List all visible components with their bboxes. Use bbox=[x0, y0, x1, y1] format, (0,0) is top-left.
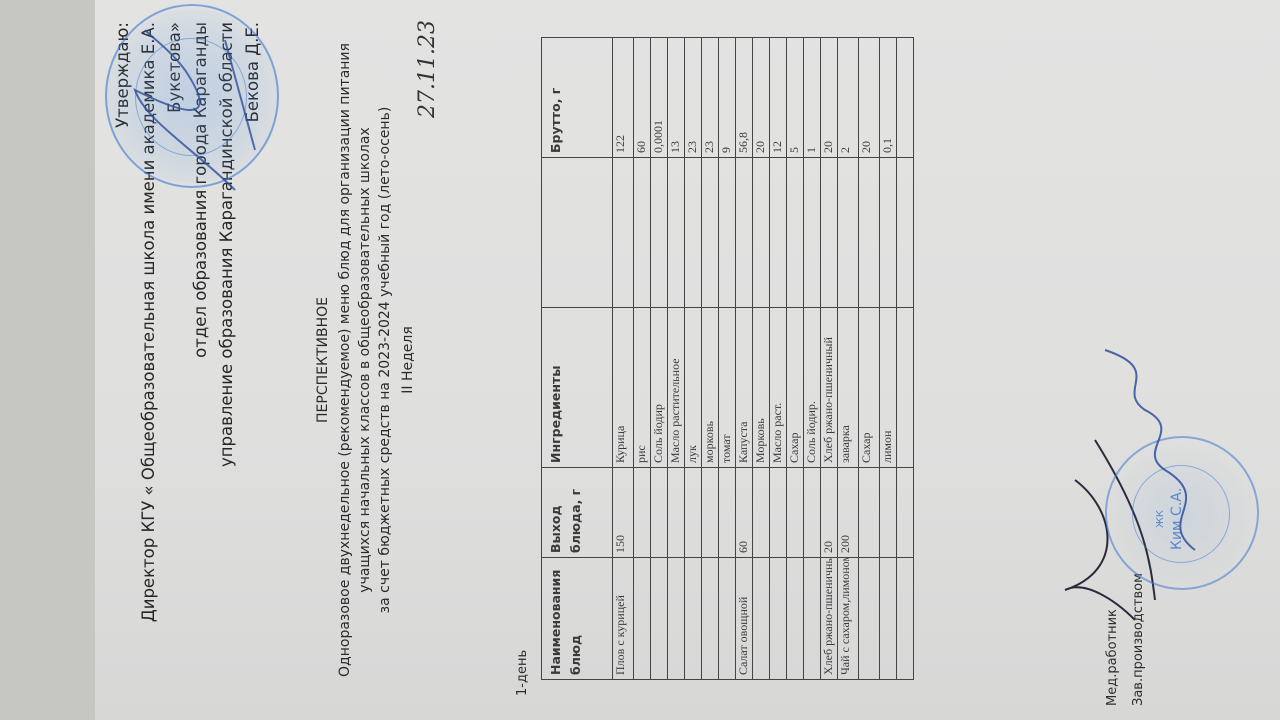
table-row: Морковь20 bbox=[753, 38, 770, 680]
cell-yield bbox=[787, 468, 804, 558]
cell-yield: 150 bbox=[613, 468, 634, 558]
cell-ingredient: Соль йодир. bbox=[804, 308, 821, 468]
cell-gross: 5 bbox=[787, 38, 804, 158]
cell-gross: 1 bbox=[804, 38, 821, 158]
cell-dish bbox=[634, 558, 651, 680]
document-title-line3: за счет бюджетных средств на 2023-2024 у… bbox=[377, 0, 393, 720]
table-row: Чай с сахаром,лимоном200заварка2 bbox=[838, 38, 859, 680]
cell-ingredient: Масло растительное bbox=[668, 308, 685, 468]
cell-extra bbox=[770, 158, 787, 308]
cell-gross: 2 bbox=[838, 38, 859, 158]
cell-yield bbox=[770, 468, 787, 558]
table-row: морковь23 bbox=[702, 38, 719, 680]
header-yield: Выход блюда, г bbox=[542, 468, 613, 558]
cell-yield bbox=[685, 468, 702, 558]
table-row: лук23 bbox=[685, 38, 702, 680]
document-title-line1: Одноразовое двухнедельное (рекомендуемое… bbox=[337, 0, 353, 720]
cell-yield bbox=[651, 468, 668, 558]
cell-ingredient: рис bbox=[634, 308, 651, 468]
cell-yield bbox=[719, 468, 736, 558]
document-heading: ПЕРСПЕКТИВНОЕ bbox=[315, 0, 331, 720]
menu-table: Наименования блюд Выход блюда, г Ингреди… bbox=[541, 37, 914, 680]
table-row: Хлеб ржано-пшеничный20Хлеб ржано-пшеничн… bbox=[821, 38, 838, 680]
table-row: томат9 bbox=[719, 38, 736, 680]
cell-gross: 0,0001 bbox=[651, 38, 668, 158]
cell-ingredient: Курица bbox=[613, 308, 634, 468]
cell-yield bbox=[880, 468, 897, 558]
cell-dish bbox=[804, 558, 821, 680]
table-body: Плов с курицей150Курица122рис60Соль йоди… bbox=[613, 38, 914, 680]
cell-ingredient: Соль йодир bbox=[651, 308, 668, 468]
table-row: Масло раст.12 bbox=[770, 38, 787, 680]
director-signature bbox=[115, 10, 275, 210]
cell-dish bbox=[719, 558, 736, 680]
table-row: Соль йодир0,0001 bbox=[651, 38, 668, 680]
table-row bbox=[897, 38, 914, 680]
cell-dish bbox=[685, 558, 702, 680]
cell-ingredient: заварка bbox=[838, 308, 859, 468]
table-row: Сахар5 bbox=[787, 38, 804, 680]
cell-dish bbox=[668, 558, 685, 680]
cell-extra bbox=[634, 158, 651, 308]
cell-gross bbox=[897, 38, 914, 158]
cell-dish: Чай с сахаром,лимоном bbox=[838, 558, 859, 680]
cell-dish bbox=[770, 558, 787, 680]
cell-gross: 9 bbox=[719, 38, 736, 158]
handwritten-date: 27.11.23 bbox=[415, 20, 440, 118]
cell-dish: Хлеб ржано-пшеничный bbox=[821, 558, 838, 680]
cell-yield bbox=[702, 468, 719, 558]
cell-yield bbox=[897, 468, 914, 558]
cell-extra bbox=[804, 158, 821, 308]
cell-extra bbox=[753, 158, 770, 308]
cell-extra bbox=[880, 158, 897, 308]
header-dish-name: Наименования блюд bbox=[542, 558, 613, 680]
day-label: 1-день bbox=[515, 650, 530, 696]
table-row: Плов с курицей150Курица122 bbox=[613, 38, 634, 680]
table-header-row: Наименования блюд Выход блюда, г Ингреди… bbox=[542, 38, 613, 680]
week-label: II Неделя bbox=[400, 0, 416, 720]
cell-extra bbox=[736, 158, 753, 308]
cell-ingredient: Масло раст. bbox=[770, 308, 787, 468]
cell-dish bbox=[880, 558, 897, 680]
cell-yield: 200 bbox=[838, 468, 859, 558]
cell-ingredient: лимон bbox=[880, 308, 897, 468]
table-row: Салат овощной60Капуста56,8 bbox=[736, 38, 753, 680]
cell-yield bbox=[804, 468, 821, 558]
cell-yield: 20 bbox=[821, 468, 838, 558]
document-title-line2: учащихся начальных классов в общеобразов… bbox=[357, 0, 373, 720]
cell-yield bbox=[753, 468, 770, 558]
cell-yield bbox=[668, 468, 685, 558]
cell-ingredient: лук bbox=[685, 308, 702, 468]
background-surface bbox=[0, 0, 95, 720]
cell-dish bbox=[897, 558, 914, 680]
cell-dish bbox=[787, 558, 804, 680]
cell-ingredient: Хлеб ржано-пшеничный bbox=[821, 308, 838, 468]
table-row: Сахар20 bbox=[859, 38, 880, 680]
cell-ingredient: морковь bbox=[702, 308, 719, 468]
cell-gross: 60 bbox=[634, 38, 651, 158]
cell-dish bbox=[651, 558, 668, 680]
cell-yield: 60 bbox=[736, 468, 753, 558]
cell-gross: 23 bbox=[685, 38, 702, 158]
cell-gross: 23 bbox=[702, 38, 719, 158]
cell-gross: 20 bbox=[753, 38, 770, 158]
cell-extra bbox=[613, 158, 634, 308]
cell-gross: 13 bbox=[668, 38, 685, 158]
cell-extra bbox=[859, 158, 880, 308]
header-ingredients: Ингредиенты bbox=[542, 308, 613, 468]
cell-gross: 20 bbox=[859, 38, 880, 158]
cell-dish bbox=[859, 558, 880, 680]
cell-yield bbox=[859, 468, 880, 558]
cell-gross: 122 bbox=[613, 38, 634, 158]
cell-dish bbox=[702, 558, 719, 680]
cell-extra bbox=[821, 158, 838, 308]
cell-gross: 56,8 bbox=[736, 38, 753, 158]
cell-gross: 20 bbox=[821, 38, 838, 158]
header-empty bbox=[542, 158, 613, 308]
cell-extra bbox=[838, 158, 859, 308]
cell-extra bbox=[787, 158, 804, 308]
cell-gross: 0,1 bbox=[880, 38, 897, 158]
cell-ingredient bbox=[897, 308, 914, 468]
table-row: рис60 bbox=[634, 38, 651, 680]
cell-extra bbox=[668, 158, 685, 308]
cell-ingredient: Сахар bbox=[787, 308, 804, 468]
cell-extra bbox=[651, 158, 668, 308]
cell-gross: 12 bbox=[770, 38, 787, 158]
table-row: лимон0,1 bbox=[880, 38, 897, 680]
cell-ingredient: Сахар bbox=[859, 308, 880, 468]
production-signature bbox=[1075, 340, 1235, 560]
cell-ingredient: Капуста bbox=[736, 308, 753, 468]
table-row: Масло растительное13 bbox=[668, 38, 685, 680]
cell-extra bbox=[897, 158, 914, 308]
table-row: Соль йодир.1 bbox=[804, 38, 821, 680]
cell-dish bbox=[753, 558, 770, 680]
cell-extra bbox=[719, 158, 736, 308]
document-page: Утверждаю: Директор КГУ « Общеобразовате… bbox=[95, 0, 1280, 720]
cell-dish: Салат овощной bbox=[736, 558, 753, 680]
cell-extra bbox=[702, 158, 719, 308]
cell-extra bbox=[685, 158, 702, 308]
header-gross: Брутто, г bbox=[542, 38, 613, 158]
cell-ingredient: томат bbox=[719, 308, 736, 468]
cell-ingredient: Морковь bbox=[753, 308, 770, 468]
cell-yield bbox=[634, 468, 651, 558]
cell-dish: Плов с курицей bbox=[613, 558, 634, 680]
